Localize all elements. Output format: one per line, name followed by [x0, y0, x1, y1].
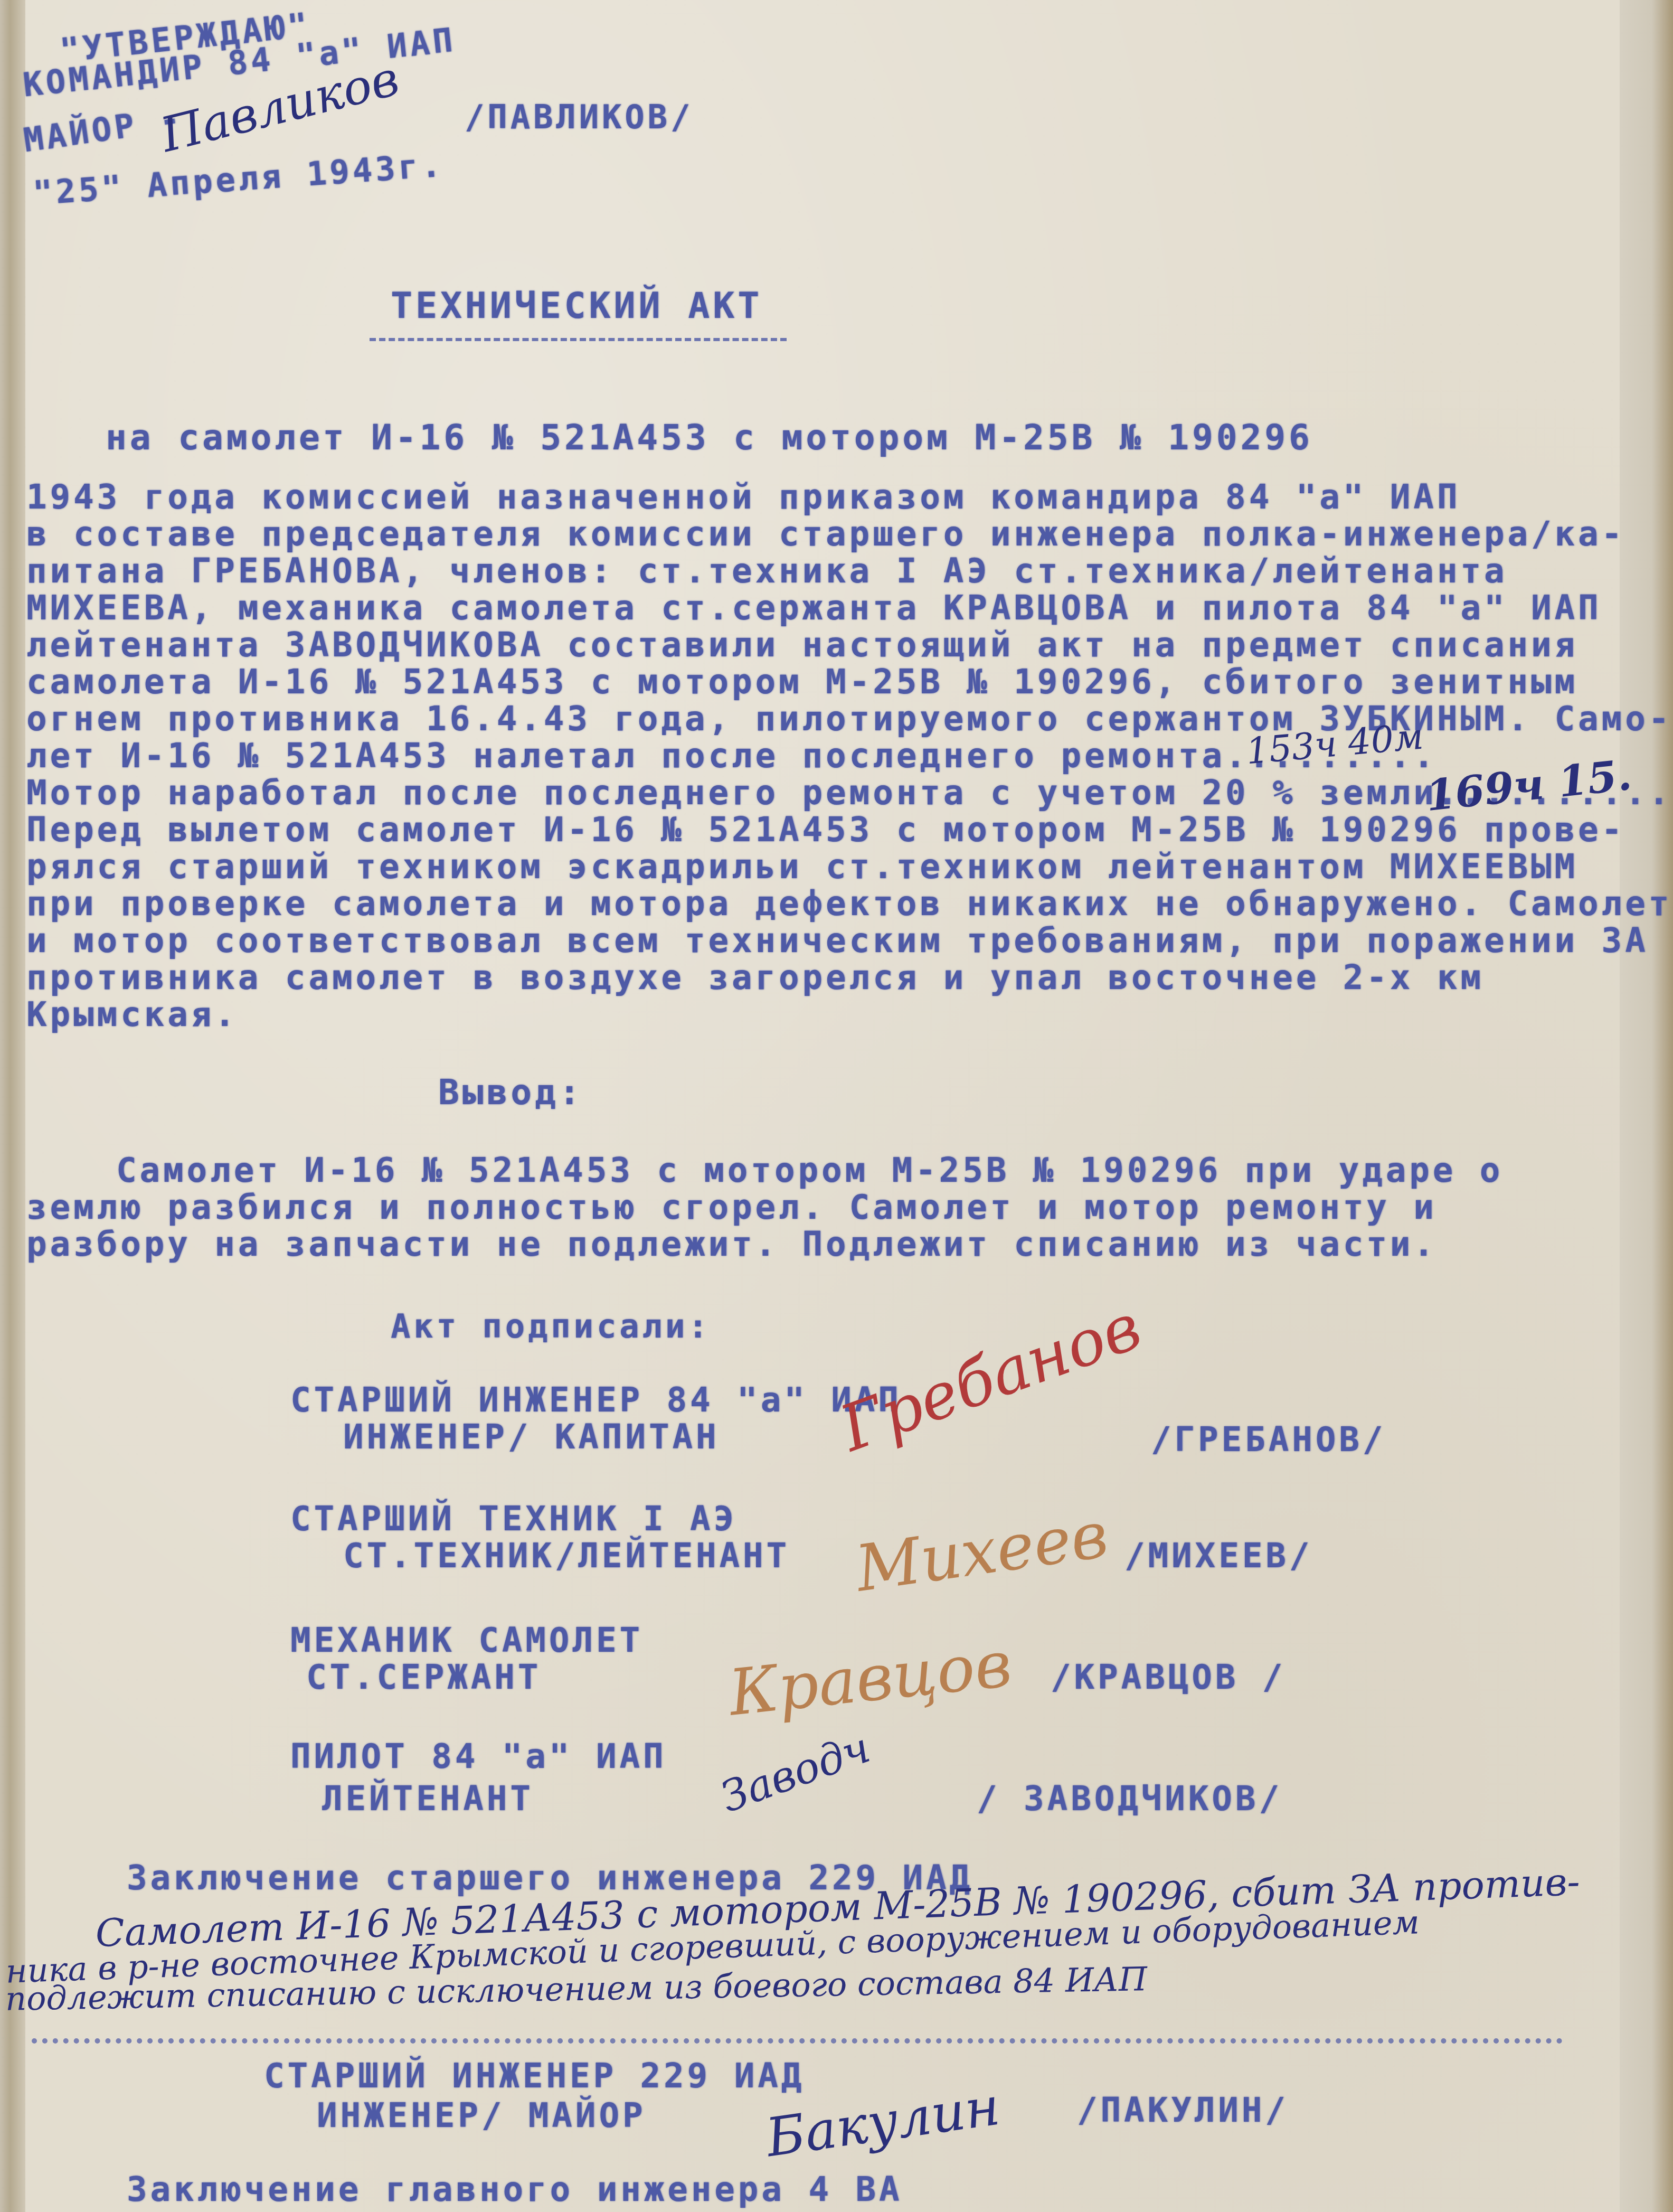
conclusion-line-3: разбору на запчасти не подлежит. Подлежи…: [26, 1225, 1437, 1264]
signer-2-role-2: СТ.ТЕХНИК/ЛЕЙТЕНАНТ: [343, 1537, 790, 1576]
body-line-6: самолета И-16 № 521А453 с мотором М-25В …: [26, 663, 1578, 702]
signer-3-role-1: МЕХАНИК САМОЛЕТ: [290, 1621, 643, 1660]
signer-3-role-2: СТ.СЕРЖАНТ: [306, 1658, 541, 1697]
body-line-5: лейтенанта ЗАВОДЧИКОВА составили настоящ…: [26, 626, 1578, 665]
conclusion-line-1: Самолет И-16 № 521А453 с мотором М-25В №…: [116, 1151, 1503, 1190]
signer-4-role-1: ПИЛОТ 84 "а" ИАП: [290, 1737, 667, 1776]
signer-1-role-1: СТАРШИЙ ИНЖЕНЕР 84 "а" ИАП: [290, 1381, 902, 1420]
body-line-13: и мотор соответствовал всем техническим …: [26, 921, 1649, 961]
signer-2-name: /МИХЕЕВ/: [1124, 1537, 1312, 1576]
body-line-15: Крымская.: [26, 995, 238, 1034]
senior-name: /ПАКУЛИН/: [1077, 2091, 1289, 2130]
dotted-separator: [32, 2038, 1563, 2048]
signer-3-name: /КРАВЦОВ /: [1051, 1658, 1286, 1697]
conclusion-line-2: землю разбился и полностью сгорел. Самол…: [26, 1188, 1437, 1227]
signer-4-role-2: ЛЕЙТЕНАНТ: [322, 1780, 534, 1819]
body-line-3: питана ГРЕБАНОВА, членов: ст.техника I А…: [26, 552, 1507, 591]
body-line-12: при проверке самолета и мотора дефектов …: [26, 884, 1672, 924]
chief-engineer-conclusion-heading: Заключение главного инженера 4 ВА: [127, 2170, 903, 2209]
senior-role-1: СТАРШИЙ ИНЖЕНЕР 229 ИАД: [264, 2057, 805, 2096]
body-line-8: лет И-16 № 521А453 налетал после последн…: [26, 737, 1437, 776]
page-edge: [1620, 0, 1673, 2212]
body-line-4: МИХЕЕВА, механика самолета ст.сержанта К…: [26, 589, 1602, 628]
signatures-heading: Акт подписали:: [391, 1307, 711, 1345]
approve-name: /ПАВЛИКОВ/: [465, 98, 693, 136]
signer-1-name: /ГРЕБАНОВ/: [1151, 1420, 1386, 1460]
binding-spine: [0, 0, 25, 2212]
document-title: ТЕХНИЧЕСКИЙ АКТ: [391, 285, 762, 327]
conclusion-heading: Вывод:: [438, 1072, 583, 1113]
body-line-11: рялся старший техником эскадрильи ст.тех…: [26, 848, 1578, 887]
signer-1-role-2: ИНЖЕНЕР/ КАПИТАН: [343, 1418, 720, 1457]
body-line-1: 1943 года комиссией назначенной приказом…: [26, 478, 1460, 517]
signer-2-role-1: СТАРШИЙ ТЕХНИК I АЭ: [290, 1500, 737, 1539]
body-line-14: противника самолет в воздухе загорелся и…: [26, 958, 1484, 997]
title-underline: [370, 338, 787, 346]
body-line-2: в составе председателя комиссии старшего…: [26, 515, 1625, 554]
body-line-7: огнем противника 16.4.43 года, пилотируе…: [26, 700, 1672, 739]
signer-4-name: / ЗАВОДЧИКОВ/: [977, 1780, 1282, 1819]
senior-role-2: ИНЖЕНЕР/ МАЙОР: [317, 2096, 646, 2135]
document-subject: на самолет И-16 № 521А453 с мотором М-25…: [106, 417, 1313, 458]
body-line-10: Перед вылетом самолет И-16 № 521А453 с м…: [26, 811, 1625, 850]
